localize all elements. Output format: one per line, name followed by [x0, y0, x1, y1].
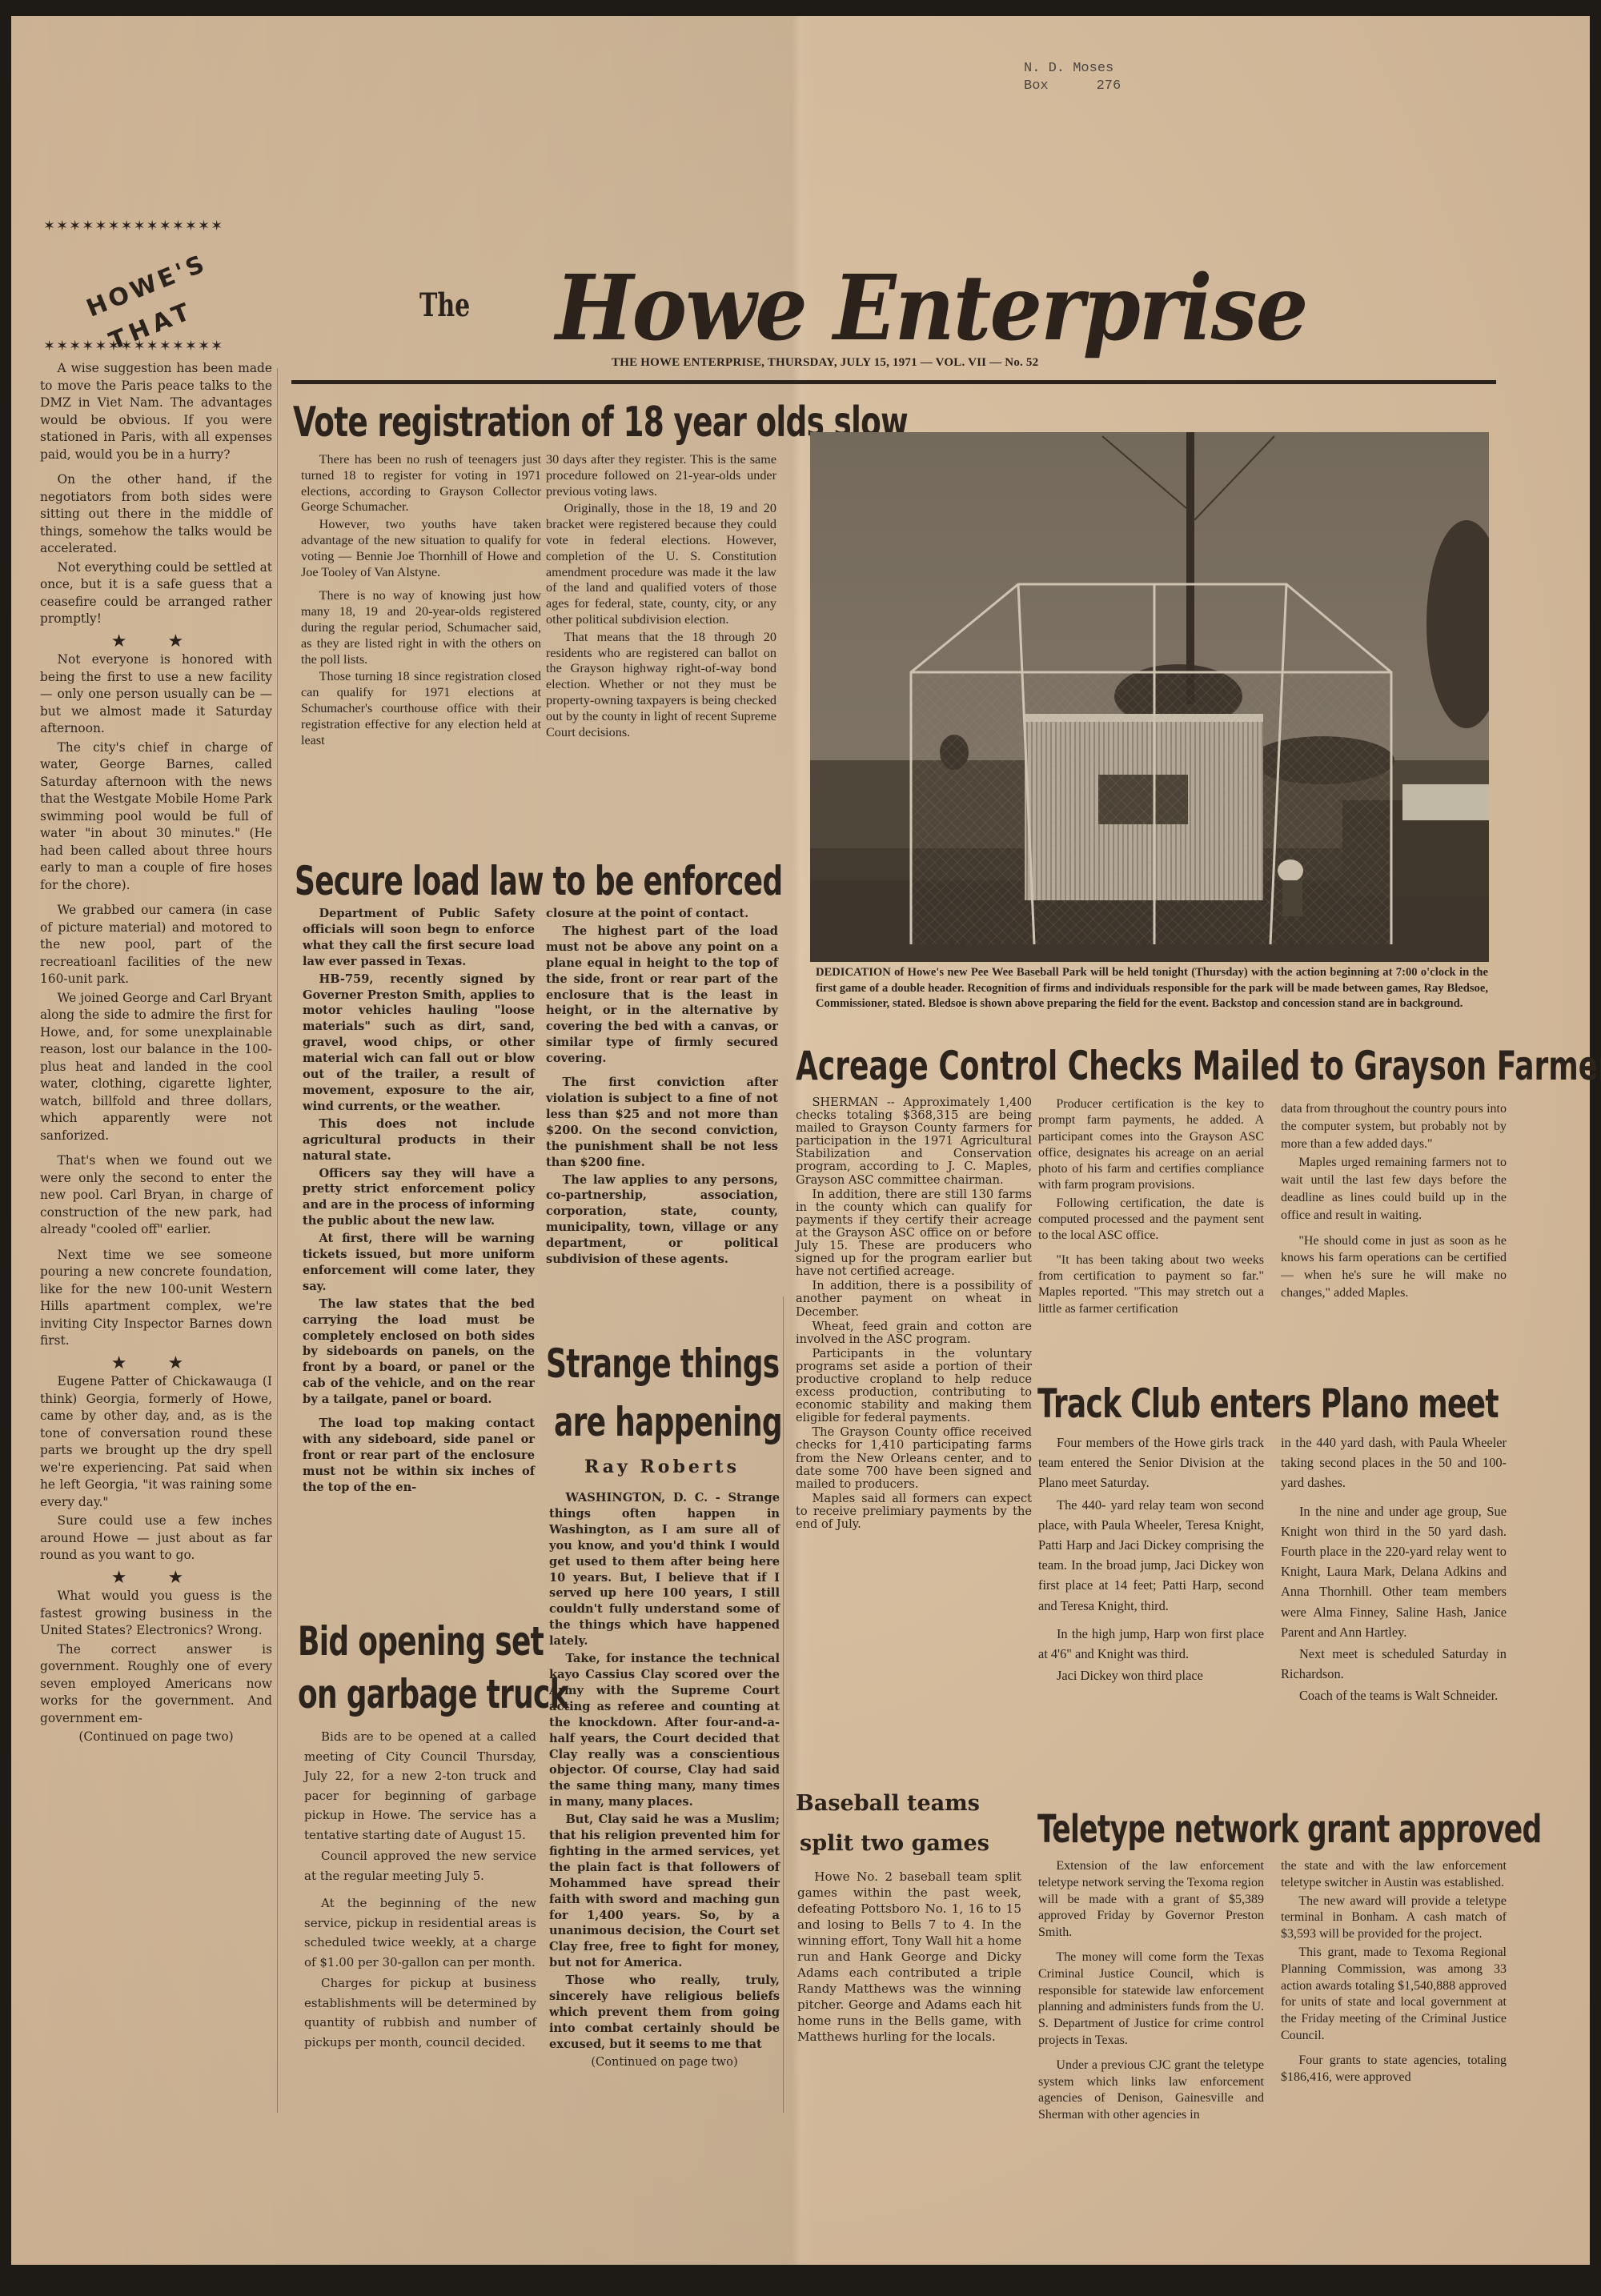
paragraph: Jaci Dickey won third place [1038, 1665, 1264, 1685]
headline-track-club: Track Club enters Plano meet [1037, 1380, 1499, 1427]
stamp-name: N. D. Moses [1024, 60, 1121, 78]
paragraph: But, Clay said he was a Muslim; that his… [549, 1812, 780, 1971]
column-divider [277, 368, 278, 2113]
headline-teletype-grant: Teletype network grant approved [1037, 1807, 1541, 1852]
article-track-col2: in the 440 yard dash, with Paula Wheeler… [1281, 1432, 1507, 1708]
headline-strange-things-line2: are happening [554, 1399, 782, 1445]
paragraph: Sure could use a few inches around Howe … [40, 1513, 272, 1565]
paragraph: Take, for instance the technical kayo Ca… [549, 1651, 780, 1810]
paragraph: This grant, made to Texoma Regional Plan… [1281, 1945, 1507, 2045]
paragraph: Officers say they will have a pretty str… [303, 1166, 535, 1230]
paragraph: data from throughout the country pours i… [1281, 1100, 1507, 1152]
paragraph: A wise suggestion has been made to move … [40, 360, 272, 463]
photo-caption: DEDICATION of Howe's new Pee Wee Basebal… [816, 965, 1488, 1012]
paragraph: We grabbed our camera (in case of pictur… [40, 902, 272, 988]
paragraph: Those turning 18 since registration clos… [301, 669, 541, 748]
paragraph: Maples urged remaining farmers not to wa… [1281, 1154, 1507, 1224]
stamp-box-label: Box [1024, 78, 1049, 95]
article-secure-load-col2: closure at the point of contact. The hig… [546, 906, 778, 1269]
article-strange-body: WASHINGTON, D. C. - Strange things often… [549, 1490, 780, 2072]
paragraph: Not everyone is honored with being the f… [40, 651, 272, 738]
paragraph: Charges for pickup at business establish… [304, 1973, 536, 2052]
star-border-bottom: ✶✶✶✶✶✶✶✶✶✶✶✶✶✶ [43, 338, 223, 355]
paragraph: The new award will provide a teletype te… [1281, 1893, 1507, 1943]
stamp-box-number: 276 [1097, 78, 1122, 95]
paragraph: Not everything could be settled at once,… [40, 559, 272, 628]
paragraph: HB-759, recently signed by Governer Pres… [303, 972, 535, 1115]
baseball-park-photo [810, 432, 1489, 962]
article-track-col1: Four members of the Howe girls track tea… [1038, 1432, 1264, 1687]
paragraph: That means that the 18 through 20 reside… [546, 630, 776, 741]
star-separator: ★ ★ [40, 633, 272, 651]
paragraph: Wheat, feed grain and cotton are involve… [796, 1320, 1032, 1346]
continued-note: (Continued on page two) [549, 2054, 780, 2070]
paragraph: Department of Public Safety officials wi… [303, 906, 535, 970]
paragraph: Howe No. 2 baseball team split games wit… [797, 1869, 1021, 2045]
paragraph: "It has been taking about two weeks from… [1038, 1252, 1264, 1317]
headline-baseball-line1: Baseball teams [796, 1791, 980, 1816]
star-border-top: ✶✶✶✶✶✶✶✶✶✶✶✶✶✶ [43, 218, 223, 234]
paragraph: Originally, those in the 18, 19 and 20 b… [546, 501, 776, 627]
headline-strange-things-line1: Strange things [546, 1340, 779, 1387]
paragraph: The law states that the bed carrying the… [303, 1296, 535, 1408]
paragraph: Next time we see someone pouring a new c… [40, 1247, 272, 1350]
paragraph: Extension of the law enforcement teletyp… [1038, 1858, 1264, 1941]
masthead-title: Howe Enterprise [556, 256, 1307, 361]
paragraph: On the other hand, if the negotiators fr… [40, 471, 272, 558]
paragraph: This does not include agricultural produ… [303, 1116, 535, 1164]
paragraph: However, two youths have taken advantage… [301, 517, 541, 580]
masthead-the: The [419, 286, 470, 324]
headline-acreage-checks: Acreage Control Checks Mailed to Grayson… [796, 1043, 1601, 1089]
paragraph: The Grayson County office received check… [796, 1426, 1032, 1490]
continued-note: (Continued on page two) [40, 1729, 272, 1746]
paragraph: That's when we found out we were only th… [40, 1152, 272, 1239]
paragraph: The 440- yard relay team won second plac… [1038, 1495, 1264, 1616]
masthead-rule [291, 380, 1496, 384]
paragraph: in the 440 yard dash, with Paula Wheeler… [1281, 1432, 1507, 1493]
photo-image [810, 432, 1489, 962]
paragraph: the state and with the law enforcement t… [1281, 1858, 1507, 1892]
paragraph: The money will come form the Texas Crimi… [1038, 1949, 1264, 2050]
paragraph: 30 days after they register. This is the… [546, 452, 776, 499]
headline-bid-opening-line1: Bid opening set [298, 1618, 544, 1665]
paragraph: Participants in the voluntary programs s… [796, 1348, 1032, 1425]
archive-stamp: N. D. Moses Box 276 [1024, 60, 1121, 95]
article-vote-col2: 30 days after they register. This is the… [546, 452, 776, 742]
paragraph: In addition, there are still 130 farms i… [796, 1188, 1032, 1279]
paragraph: Producer certification is the key to pro… [1038, 1096, 1264, 1194]
paragraph: Those who really, truly, sincerely have … [549, 1973, 780, 2053]
headline-bid-opening-line2: on garbage truck [298, 1671, 568, 1717]
paragraph: Four grants to state agencies, totaling … [1281, 2053, 1507, 2086]
paragraph: The first conviction after violation is … [546, 1075, 778, 1170]
paragraph: The correct answer is government. Roughl… [40, 1641, 272, 1728]
paragraph: closure at the point of contact. [546, 906, 778, 922]
paragraph: Maples said all formers can expect to re… [796, 1493, 1032, 1531]
article-teletype-col2: the state and with the law enforcement t… [1281, 1858, 1507, 2087]
paragraph: Following certification, the date is com… [1038, 1196, 1264, 1244]
paragraph: Bids are to be opened at a called meetin… [304, 1727, 536, 1845]
paragraph: "He should come in just as soon as he kn… [1281, 1232, 1507, 1302]
star-separator: ★ ★ [40, 1569, 272, 1587]
paragraph: We joined George and Carl Bryant along t… [40, 990, 272, 1145]
article-baseball-body: Howe No. 2 baseball team split games wit… [797, 1869, 1021, 2046]
article-teletype-col1: Extension of the law enforcement teletyp… [1038, 1858, 1264, 2126]
paragraph: Coach of the teams is Walt Schneider. [1281, 1685, 1507, 1705]
article-bid-body: Bids are to be opened at a called meetin… [304, 1727, 536, 2054]
paragraph: Eugene Patter of Chickawauga (I think) G… [40, 1373, 272, 1511]
paragraph: The highest part of the load must not be… [546, 924, 778, 1067]
article-acreage-col1: SHERMAN -- Approximately 1,400 checks to… [796, 1096, 1032, 1533]
paragraph: The city's chief in charge of water, Geo… [40, 739, 272, 895]
paragraph: What would you guess is the fastest grow… [40, 1588, 272, 1640]
paragraph: SHERMAN -- Approximately 1,400 checks to… [796, 1096, 1032, 1187]
paragraph: In addition, there is a possibility of a… [796, 1280, 1032, 1318]
article-acreage-col3: data from throughout the country pours i… [1281, 1100, 1507, 1304]
paragraph: The law applies to any persons, co-partn… [546, 1172, 778, 1268]
paragraph: There has been no rush of teenagers just… [301, 452, 541, 515]
paragraph: In the high jump, Harp won first place a… [1038, 1624, 1264, 1664]
paragraph: In the nine and under age group, Sue Kni… [1281, 1501, 1507, 1642]
column-howes-that: A wise suggestion has been made to move … [40, 360, 272, 1748]
paragraph: Four members of the Howe girls track tea… [1038, 1432, 1264, 1493]
paragraph: The load top making contact with any sid… [303, 1416, 535, 1496]
column-divider [783, 1296, 784, 2113]
paragraph: Under a previous CJC grant the teletype … [1038, 2058, 1264, 2124]
headline-secure-load: Secure load law to be enforced [295, 858, 782, 904]
paragraph: There is no way of knowing just how many… [301, 588, 541, 667]
paragraph: At first, there will be warning tickets … [303, 1231, 535, 1295]
paragraph: WASHINGTON, D. C. - Strange things often… [549, 1490, 780, 1649]
paragraph: Next meet is scheduled Saturday in Richa… [1281, 1644, 1507, 1684]
paragraph: Council approved the new service at the … [304, 1846, 536, 1885]
dateline: THE HOWE ENTERPRISE, THURSDAY, JULY 15, … [612, 356, 1038, 370]
headline-baseball-line2: split two games [800, 1831, 989, 1856]
star-separator: ★ ★ [40, 1355, 272, 1372]
paragraph: At the beginning of the new service, pic… [304, 1893, 536, 1972]
article-vote-col1: There has been no rush of teenagers just… [301, 452, 541, 750]
article-secure-load-col1: Department of Public Safety officials wi… [303, 906, 535, 1497]
article-acreage-col2: Producer certification is the key to pro… [1038, 1096, 1264, 1319]
newspaper-page: N. D. Moses Box 276 ✶✶✶✶✶✶✶✶✶✶✶✶✶✶ HOWE'… [11, 16, 1590, 2265]
byline-ray-roberts: Ray Roberts [546, 1457, 778, 1477]
